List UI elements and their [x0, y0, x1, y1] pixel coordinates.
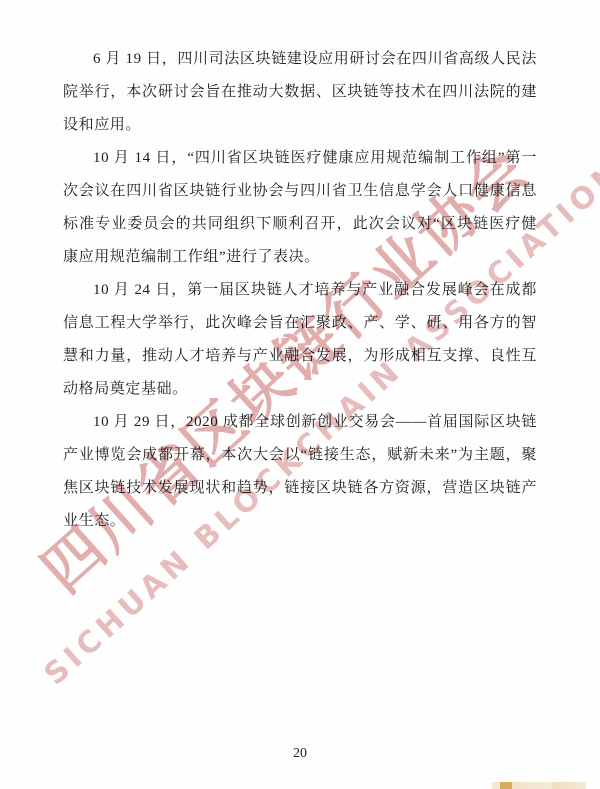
page-number: 20 — [0, 746, 600, 762]
paragraph-oct-29: 10 月 29 日，2020 成都全球创新创业交易会——首届国际区块链产业博览会… — [63, 406, 537, 538]
paragraph-oct-14: 10 月 14 日，“四川省区块链医疗健康应用规范编制工作组”第一次会议在四川省… — [63, 142, 537, 274]
paragraph-june-19: 6 月 19 日，四川司法区块链建设应用研讨会在四川省高级人民法院举行，本次研讨… — [63, 43, 537, 142]
paragraph-oct-24: 10 月 24 日，第一届区块链人才培养与产业融合发展峰会在成都信息工程大学举行… — [63, 274, 537, 406]
document-body: 6 月 19 日，四川司法区块链建设应用研讨会在四川省高级人民法院举行，本次研讨… — [63, 43, 537, 538]
document-page: 四川省区块链行业协会 SICHUAN BLOCKCHAIN ASSOCIATIO… — [0, 0, 600, 789]
cut-off-logo-fragment — [492, 782, 586, 789]
